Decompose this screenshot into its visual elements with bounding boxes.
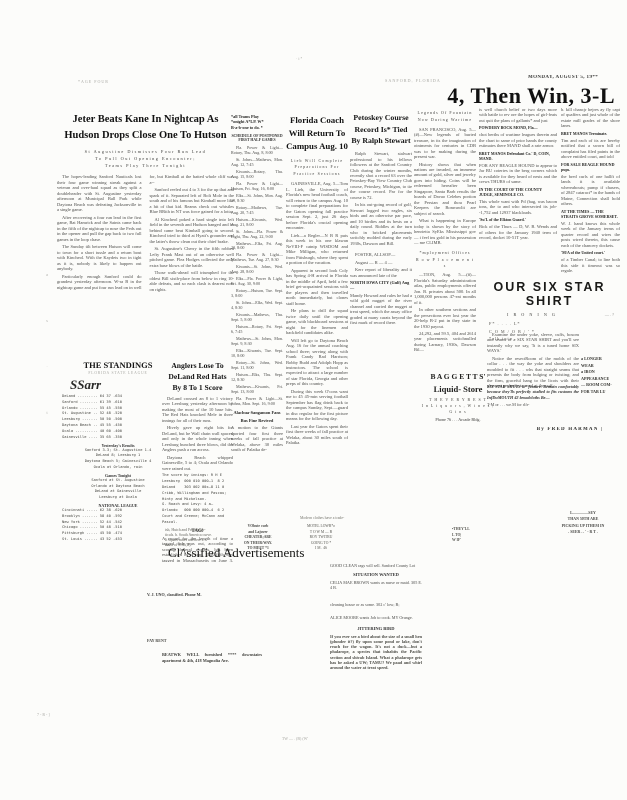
article-jeter: Jeter Beats Kane In Nightcap As Hudson D… (57, 112, 234, 362)
jeter-headline-1: Jeter Beats Kane In Nightcap As (57, 112, 234, 128)
standings-subtitle: FLORIDA STATE LEAGUE (62, 371, 174, 375)
employment-header: *mployment OfficesR o w P l a c e m e n … (414, 250, 476, 270)
anglers-linescore: The score by innings: R H ELeesburg 000 … (162, 473, 233, 524)
notices-h1: POWDERY BOCK MOND, Fla— (479, 125, 557, 130)
newspaper-page: *AGE FOUR · i * SANFORD, FLORIDA MONDAY,… (0, 0, 627, 800)
six-star-tagline-right: — . ? (605, 312, 614, 317)
petoskey-extra-lines: FOSTER, ALLSOP—August — R — 4 —Kerr repo… (350, 252, 412, 278)
classified-residual-right: Modern clothes have a trade- (300, 516, 370, 520)
classified-ad-2: CELIA MAE BROWN wants as nurse or maid. … (330, 580, 422, 590)
jeter-body: The hopes-leading Sanford Nauticals lost… (57, 174, 234, 342)
classified-rent-ad: BEATWK WELL furnished **** downstairs ap… (162, 652, 262, 663)
comic-fragment-3: •THEY'LLL TO|W IF' (452, 527, 484, 544)
schedule-footer-head-1: Alachua-Sangamon Fans (231, 410, 283, 416)
six-star-bold-para: SIX STAR SHUTS is* feature. Remain comfo… (487, 384, 579, 400)
baggetts-line2: Liquid- Store (419, 384, 497, 394)
schedule-footer-head-2: Bus Fine Revived (231, 418, 283, 424)
standings-title: THE STANDINGS (62, 360, 174, 370)
anglers-body: DeLand crossed an 8 to 1 victory over Le… (162, 396, 233, 471)
legends-header: Legends Of FountainNow During Wartime (414, 110, 476, 124)
notices-p1: is well church belief or two days more w… (479, 107, 557, 123)
notices-h3: IN THE COURT OF THE COUNTY JUDGE, SEMINO… (479, 187, 557, 197)
classified-bird-paragraph: If you ever see a bird about the size of… (330, 634, 422, 671)
classified-ad-4: ALICE MOORE wants Job to cook. MY Orange… (330, 615, 422, 620)
classified-right-column: GOOD CLEAN rags will sell. Sanford Count… (330, 563, 422, 723)
margincol-p5: of a Timber Canal; to line both this sid… (561, 257, 620, 273)
masthead-page-label: *AGE FOUR (78, 79, 109, 84)
petoskey-bold-head: NORTH IOWA CITY (Gulf) Aug— (350, 280, 412, 291)
margincol-h2: FOR SALE BEAGLE HOUND pups. (561, 162, 620, 172)
baggetts-name: B A G G E T T S' (419, 372, 497, 381)
margincol-p3: the bred curls of one hallft of lands it… (561, 174, 620, 207)
six-star-features: a LONGERWEARa IRONAPPEARANCE— ROOM COM-F… (581, 356, 619, 395)
margincol-h3: AT THE TIMES — THE STRAITS GROVE SOMERSE… (561, 209, 620, 219)
petoskey-extra-more: Mandy Howard and rules he had a wild gol… (350, 293, 412, 326)
standings-league-rows: DeLand ......... 64 37 .634Sanford .....… (62, 394, 174, 440)
notices-p5: Bick of the Thurs — D, W. B. Wends and o… (479, 224, 557, 240)
florida-headline: Florida CoachWill Return ToCampus Aug. 1… (286, 114, 348, 154)
masthead-top-mark: · i * (296, 56, 302, 61)
classified-title: Cl^ssified Advertisements (168, 545, 318, 561)
florida-body: GAINESVILLE, Aug. 5—Tom L. Lieb, the Uni… (286, 181, 348, 445)
schedule-footer-lines: A motion to the Giants sported four firs… (231, 425, 283, 452)
notices-h4: 'Su'L of the Elkton Guard.' (479, 217, 557, 222)
comic-fragment-4: L————SEYTHAN 50TH AREPICKING UP ITHEM IN… (543, 510, 623, 535)
standings-results: Sanford 3-3; St. Augustine 1-4DeLand 8; … (62, 448, 174, 470)
notices-p3: FOR ANY BEAGLE HOUND to appear to Jar BU… (479, 163, 557, 185)
baggetts-line6: Phone 76 . . . Arcade Bldg. (419, 417, 497, 422)
legends-body: SAN FRANCISCO, Aug. 5— (#)—New legends o… (414, 127, 476, 246)
margincol-p4: W. J. hand knows this whole week of the … (561, 221, 620, 248)
six-star-headline: OUR SIX STAR SHIRT (479, 280, 620, 308)
article-petoskey: Petoskey CourseRecord Is* TiedBy Ralph S… (350, 112, 412, 512)
classified-situation-title: SITUATION WANTED (330, 572, 422, 577)
standings-box: THE STANDINGS FLORIDA STATE LEAGUE SSarr… (62, 360, 174, 562)
florida-subheads: Lieb Will CompletePreparations ForPracti… (286, 158, 348, 178)
column-notices: is well church belief or two days more w… (479, 107, 557, 279)
standings-games: Sanford at St. AugustineOrlando at Dayto… (62, 478, 174, 500)
comic-credit: By FRED HARMAN | (518, 427, 622, 432)
baggetts-line5: G i n s (419, 410, 497, 414)
schedule-top-lines: *all Teams Play*onight A*LP. W*B-a-b-one… (231, 114, 283, 130)
margincol-p1: b. kill chancjr bejres ay fly capt of qu… (561, 107, 620, 129)
masthead-date-line: MONDAY, AUGUST 5, 19** (528, 75, 598, 80)
six-star-footer: T-M or . . . we.M for rlfr- (487, 402, 587, 407)
ad-baggetts: B A G G E T T S' Liquid- Store T H E V E… (419, 372, 497, 438)
anglers-headline: Anglers Lose ToDeLand Red HatsBy 8 To 1 … (162, 360, 233, 393)
baggetts-line3: T H E V E R Y B E S T (419, 398, 497, 402)
stray-mark-bottom: 'JW — . (B) (W' (282, 736, 308, 741)
employment-body: —TION, Aug. 5.—(#)— Florida's Saturday a… (414, 272, 476, 353)
standings-national-rows: Cincinnati ..... 62 38 .620Brooklyn ....… (62, 508, 174, 542)
column-margin: b. kill chancjr bejres ay fly capt of qu… (561, 107, 620, 279)
margincol-h1: BRET MANOS Terminate. (561, 131, 620, 136)
classified-byline: V. J. UNO, classified. Phone M. (147, 592, 242, 597)
schedule-title-2: FIRST HALF GAMES (231, 138, 283, 142)
stray-margin-letters: as·t (44, 252, 50, 436)
baggetts-line4: I n L i q u o r s , W i n e s , (419, 404, 497, 408)
classified-ad-1: GOOD CLEAN rags will sell. Sanford Count… (330, 563, 422, 568)
ad-six-star-shirt: OUR SIX STAR SHIRT I R O N I N G — . ? F… (479, 280, 620, 480)
notices-h2: BRET MANOS Defendant Co.' D, COIN, MAND. (479, 151, 557, 161)
standings-smudge: SSarr (70, 377, 174, 393)
six-star-body: Examine the under yoke, sleeve, cuffs, b… (487, 332, 579, 391)
column-legends: Legends Of FountainNow During Wartime SA… (414, 110, 476, 366)
jeter-subheads: St Augustine Dismisses Four Run LeadTo P… (57, 148, 234, 170)
notices-p2: chot berths of wartime leagues therein a… (479, 132, 557, 148)
classified-ad-3: cleaning house or as some. 302 c' low; B… (330, 602, 422, 607)
article-florida-coach: Florida CoachWill Return ToCampus Aug. 1… (286, 114, 348, 554)
petoskey-body: Ralph Stewart, stalwart professional to … (350, 151, 412, 246)
banner-headline: 4, Then Win, 3-L (405, 83, 615, 109)
six-star-tagline: I R O N I N G (507, 312, 557, 317)
margincol-h4: 'M/A of the United court.' (561, 250, 620, 255)
classified-rent-label: FAY RENT (147, 638, 187, 643)
petoskey-headline: Petoskey CourseRecord Is* TiedBy Ralph S… (350, 112, 412, 147)
classified-bird-title: JITTERING BIRD (330, 626, 422, 631)
schedule-entries: Fla. Power & Light—Rotary, Thu. Aug. 8, … (231, 145, 283, 406)
notices-p4: This whole want with Pd (bag, was bacon … (479, 199, 557, 215)
schedule-column: *all Teams Play*onight A*LP. W*B-a-b-one… (231, 112, 283, 522)
margincol-p2: Tim and each of its are hereby notified … (561, 138, 620, 160)
jeter-headline-2: Hudson Drops Close One To Hutson (57, 128, 234, 144)
stray-mark-left: 7 - R - ] (37, 712, 50, 717)
